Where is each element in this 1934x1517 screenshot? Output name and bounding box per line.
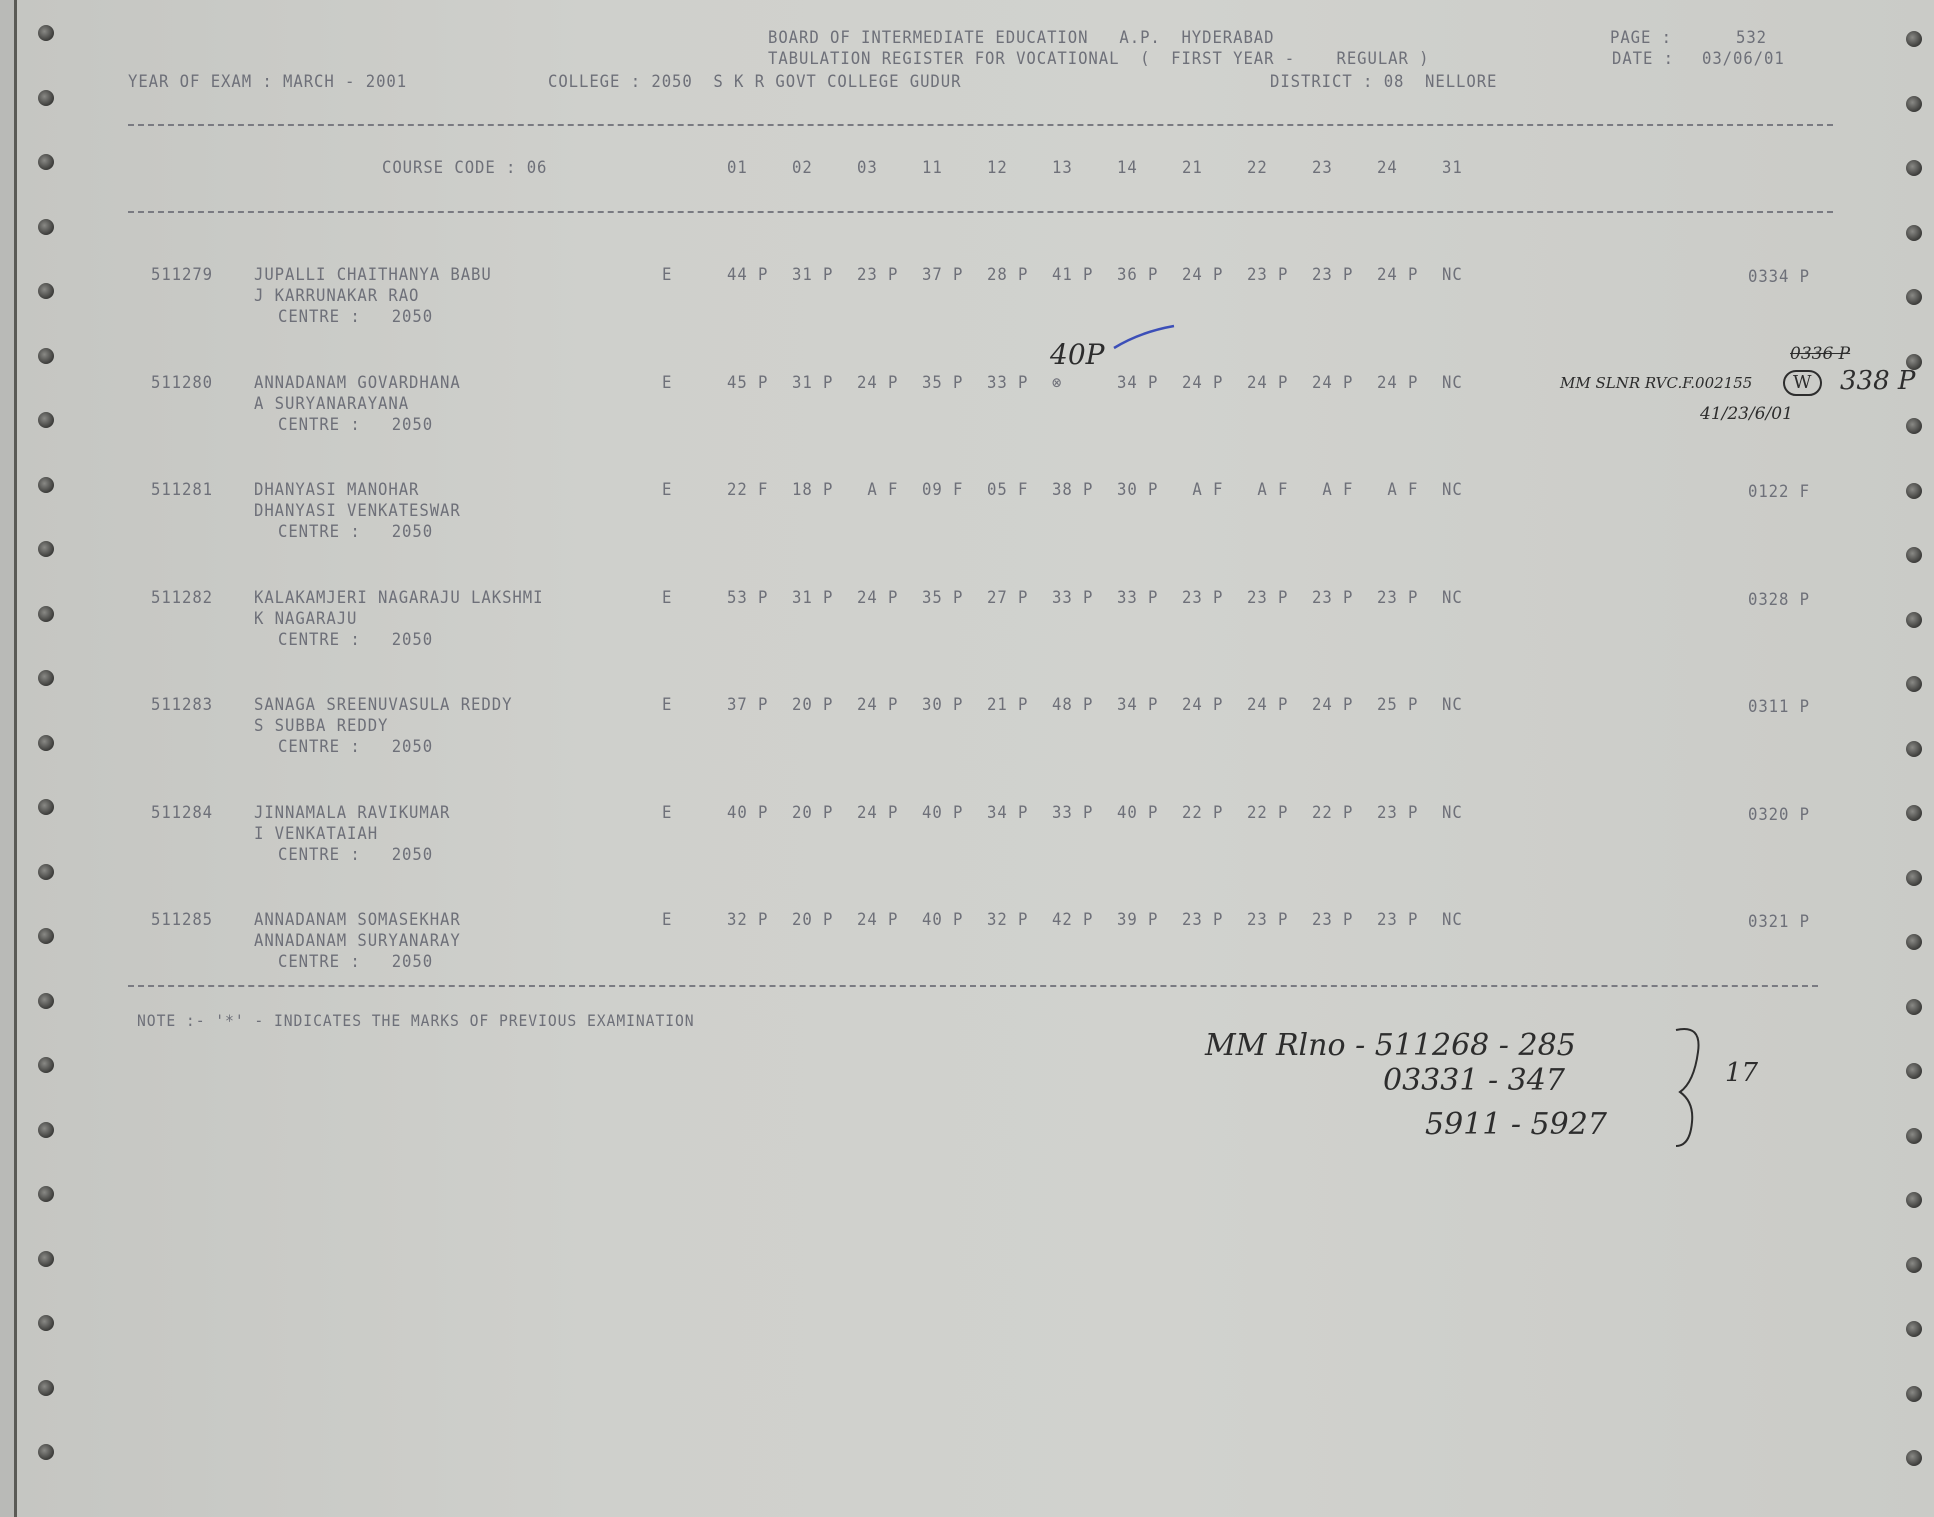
subject-code: 14 — [1117, 158, 1138, 178]
tractor-hole — [1906, 547, 1922, 563]
subject-code: 22 — [1247, 158, 1268, 178]
subject-mark: 35 P — [922, 588, 963, 608]
subject-mark: NC — [1442, 910, 1463, 930]
tractor-hole — [38, 1444, 54, 1460]
course-code: COURSE CODE : 06 — [382, 158, 547, 178]
exam-centre: CENTRE : 2050 — [278, 630, 433, 650]
subject-mark: 48 P — [1052, 695, 1093, 715]
subject-mark: 40 P — [727, 803, 768, 823]
subject-mark: NC — [1442, 373, 1463, 393]
page-label: PAGE : — [1610, 28, 1672, 48]
student-name: SANAGA SREENUVASULA REDDY — [254, 695, 512, 715]
tractor-hole — [38, 864, 54, 880]
subject-code: 11 — [922, 158, 943, 178]
tractor-hole — [38, 606, 54, 622]
roll-number: 511281 — [151, 480, 213, 500]
subject-mark: 23 P — [857, 265, 898, 285]
tractor-hole — [38, 1186, 54, 1202]
student-name: JINNAMALA RAVIKUMAR — [254, 803, 450, 823]
parent-name: I VENKATAIAH — [254, 824, 378, 844]
tractor-hole — [38, 799, 54, 815]
subject-mark: 24 P — [857, 373, 898, 393]
subject-mark: 33 P — [1117, 588, 1158, 608]
subject-mark: 22 P — [1312, 803, 1353, 823]
tractor-hole — [38, 90, 54, 106]
subject-mark: 21 P — [987, 695, 1028, 715]
subject-mark: A F — [1377, 480, 1418, 500]
tractor-hole — [1906, 483, 1922, 499]
paper-edge — [14, 0, 17, 1517]
subject-mark: 37 P — [727, 695, 768, 715]
roll-number: 511280 — [151, 373, 213, 393]
summary-line-3: 5911 - 5927 — [1425, 1107, 1607, 1142]
tractor-hole — [38, 670, 54, 686]
parent-name: ANNADANAM SURYANARAY — [254, 931, 461, 951]
subject-mark: 18 P — [792, 480, 833, 500]
subject-mark: 35 P — [922, 373, 963, 393]
date-value: 03/06/01 — [1702, 49, 1785, 69]
tractor-hole — [1906, 612, 1922, 628]
tractor-hole — [1906, 805, 1922, 821]
subject-code: 01 — [727, 158, 748, 178]
roll-number: 511283 — [151, 695, 213, 715]
subject-mark: 23 P — [1182, 588, 1223, 608]
withheld-circle: W — [1783, 370, 1822, 396]
subject-code: 03 — [857, 158, 878, 178]
tractor-hole — [1906, 934, 1922, 950]
subject-code: 23 — [1312, 158, 1333, 178]
subject-mark: 22 F — [727, 480, 768, 500]
tractor-hole — [38, 348, 54, 364]
subject-mark: A F — [1312, 480, 1353, 500]
tractor-hole — [1906, 160, 1922, 176]
subject-mark: ⊗ — [1052, 373, 1062, 393]
subject-mark: 24 P — [1377, 265, 1418, 285]
handwritten-correction: 40P — [1050, 338, 1104, 371]
revised-total: 338 P — [1840, 366, 1915, 396]
subject-mark: 24 P — [1182, 695, 1223, 715]
column-header-divider — [128, 211, 1833, 213]
subject-mark: 05 F — [987, 480, 1028, 500]
tractor-hole — [1906, 418, 1922, 434]
roll-number: 511284 — [151, 803, 213, 823]
summary-line-1: MM Rlno - 511268 - 285 — [1205, 1028, 1576, 1063]
subject-mark: A F — [1182, 480, 1223, 500]
subject-mark: 45 P — [727, 373, 768, 393]
tractor-hole — [38, 1315, 54, 1331]
subject-code: 12 — [987, 158, 1008, 178]
student-name: DHANYASI MANOHAR — [254, 480, 419, 500]
subject-mark: 23 P — [1182, 910, 1223, 930]
tractor-hole — [1906, 741, 1922, 757]
subject-mark: 36 P — [1117, 265, 1158, 285]
year-of-exam: YEAR OF EXAM : MARCH - 2001 — [128, 72, 407, 92]
subject-code: 13 — [1052, 158, 1073, 178]
total-result: 0334 P — [1748, 267, 1810, 287]
tractor-hole — [1906, 289, 1922, 305]
subject-code: 31 — [1442, 158, 1463, 178]
subject-mark: NC — [1442, 480, 1463, 500]
total-result: 0328 P — [1748, 590, 1810, 610]
student-name: KALAKAMJERI NAGARAJU LAKSHMI — [254, 588, 543, 608]
tractor-hole — [38, 412, 54, 428]
subject-mark: 24 P — [1312, 695, 1353, 715]
subject-mark: 40 P — [922, 803, 963, 823]
student-name: ANNADANAM GOVARDHANA — [254, 373, 461, 393]
tractor-hole — [38, 1122, 54, 1138]
total-result: 0122 F — [1748, 482, 1810, 502]
exam-centre: CENTRE : 2050 — [278, 737, 433, 757]
parent-name: DHANYASI VENKATESWAR — [254, 501, 461, 521]
tractor-hole — [1906, 870, 1922, 886]
footer-divider — [128, 985, 1818, 987]
tractor-hole — [1906, 1257, 1922, 1273]
tractor-hole — [1906, 1128, 1922, 1144]
struck-total: 0336 P — [1790, 344, 1850, 364]
tractor-hole — [1906, 999, 1922, 1015]
total-result: 0311 P — [1748, 697, 1810, 717]
handwritten-revision-ref: MM SLNR RVC.F.002155 — [1560, 374, 1752, 392]
medium: E — [662, 588, 672, 608]
tractor-hole — [38, 1380, 54, 1396]
blue-tick-mark — [1110, 322, 1180, 352]
tractor-hole — [38, 735, 54, 751]
subject-mark: 34 P — [987, 803, 1028, 823]
tractor-hole — [1906, 225, 1922, 241]
tractor-hole — [38, 154, 54, 170]
tractor-hole — [38, 928, 54, 944]
medium: E — [662, 910, 672, 930]
subject-mark: 20 P — [792, 803, 833, 823]
parent-name: S SUBBA REDDY — [254, 716, 388, 736]
date-label: DATE : — [1612, 49, 1674, 69]
subject-mark: 24 P — [857, 588, 898, 608]
subject-mark: 27 P — [987, 588, 1028, 608]
subject-mark: 30 P — [1117, 480, 1158, 500]
header-divider — [128, 124, 1833, 126]
tractor-hole — [1906, 31, 1922, 47]
subject-mark: 23 P — [1312, 910, 1353, 930]
subject-mark: 23 P — [1312, 588, 1353, 608]
subject-mark: 23 P — [1247, 910, 1288, 930]
tractor-hole — [1906, 1450, 1922, 1466]
subject-mark: NC — [1442, 803, 1463, 823]
tractor-hole — [1906, 1063, 1922, 1079]
subject-mark: 34 P — [1117, 373, 1158, 393]
subject-mark: 24 P — [1377, 373, 1418, 393]
parent-name: K NAGARAJU — [254, 609, 357, 629]
tractor-hole — [1906, 1386, 1922, 1402]
summary-line-2: 03331 - 347 — [1383, 1063, 1565, 1098]
subject-mark: 33 P — [1052, 588, 1093, 608]
footnote: NOTE :- '*' - INDICATES THE MARKS OF PRE… — [137, 1011, 695, 1030]
summary-brace — [1672, 1022, 1722, 1152]
subject-mark: NC — [1442, 695, 1463, 715]
subject-mark: 20 P — [792, 910, 833, 930]
tabulation-sheet — [16, 0, 1934, 1517]
subject-mark: 24 P — [1247, 373, 1288, 393]
subject-mark: 23 P — [1247, 588, 1288, 608]
subject-mark: NC — [1442, 265, 1463, 285]
roll-number: 511279 — [151, 265, 213, 285]
handwritten-signature-date: 41/23/6/01 — [1700, 404, 1793, 424]
subject-mark: 24 P — [857, 803, 898, 823]
subject-mark: 53 P — [727, 588, 768, 608]
subject-mark: 39 P — [1117, 910, 1158, 930]
subject-mark: 28 P — [987, 265, 1028, 285]
subject-code: 02 — [792, 158, 813, 178]
subject-code: 21 — [1182, 158, 1203, 178]
tractor-hole — [1906, 676, 1922, 692]
subject-mark: 23 P — [1312, 265, 1353, 285]
medium: E — [662, 480, 672, 500]
subject-mark: 24 P — [1182, 265, 1223, 285]
roll-number: 511282 — [151, 588, 213, 608]
tractor-hole — [1906, 1321, 1922, 1337]
tractor-hole — [1906, 1192, 1922, 1208]
tractor-hole — [38, 541, 54, 557]
board-title: BOARD OF INTERMEDIATE EDUCATION A.P. HYD… — [768, 28, 1274, 48]
medium: E — [662, 803, 672, 823]
parent-name: A SURYANARAYANA — [254, 394, 409, 414]
student-name: ANNADANAM SOMASEKHAR — [254, 910, 461, 930]
subject-mark: 30 P — [922, 695, 963, 715]
subject-mark: 33 P — [1052, 803, 1093, 823]
subject-mark: 24 P — [857, 695, 898, 715]
tractor-hole — [38, 219, 54, 235]
exam-centre: CENTRE : 2050 — [278, 522, 433, 542]
parent-name: J KARRUNAKAR RAO — [254, 286, 419, 306]
total-result: 0321 P — [1748, 912, 1810, 932]
subject-mark: 42 P — [1052, 910, 1093, 930]
tractor-hole — [38, 25, 54, 41]
subject-mark: 41 P — [1052, 265, 1093, 285]
subject-mark: 20 P — [792, 695, 833, 715]
exam-centre: CENTRE : 2050 — [278, 952, 433, 972]
subject-mark: 31 P — [792, 373, 833, 393]
subject-mark: 23 P — [1377, 588, 1418, 608]
register-title: TABULATION REGISTER FOR VOCATIONAL ( FIR… — [768, 49, 1430, 69]
subject-mark: 32 P — [727, 910, 768, 930]
subject-mark: 22 P — [1182, 803, 1223, 823]
tractor-hole — [38, 283, 54, 299]
medium: E — [662, 373, 672, 393]
subject-mark: 33 P — [987, 373, 1028, 393]
medium: E — [662, 265, 672, 285]
subject-mark: 09 F — [922, 480, 963, 500]
subject-mark: 25 P — [1377, 695, 1418, 715]
subject-mark: 22 P — [1247, 803, 1288, 823]
subject-code: 24 — [1377, 158, 1398, 178]
medium: E — [662, 695, 672, 715]
student-name: JUPALLI CHAITHANYA BABU — [254, 265, 492, 285]
subject-mark: 24 P — [1182, 373, 1223, 393]
subject-mark: 23 P — [1377, 803, 1418, 823]
subject-mark: 40 P — [1117, 803, 1158, 823]
subject-mark: A F — [857, 480, 898, 500]
subject-mark: 31 P — [792, 265, 833, 285]
subject-mark: 44 P — [727, 265, 768, 285]
exam-centre: CENTRE : 2050 — [278, 415, 433, 435]
subject-mark: 31 P — [792, 588, 833, 608]
subject-mark: 32 P — [987, 910, 1028, 930]
tractor-hole — [38, 1057, 54, 1073]
district-info: DISTRICT : 08 NELLORE — [1270, 72, 1497, 92]
college-info: COLLEGE : 2050 S K R GOVT COLLEGE GUDUR — [548, 72, 961, 92]
summary-count: 17 — [1725, 1058, 1758, 1088]
total-result: 0320 P — [1748, 805, 1810, 825]
tractor-hole — [38, 477, 54, 493]
tractor-hole — [1906, 96, 1922, 112]
subject-mark: 24 P — [1312, 373, 1353, 393]
subject-mark: 23 P — [1377, 910, 1418, 930]
subject-mark: A F — [1247, 480, 1288, 500]
subject-mark: 24 P — [857, 910, 898, 930]
subject-mark: 40 P — [922, 910, 963, 930]
page-number: 532 — [1736, 28, 1767, 48]
exam-centre: CENTRE : 2050 — [278, 845, 433, 865]
exam-centre: CENTRE : 2050 — [278, 307, 433, 327]
tractor-hole — [38, 1251, 54, 1267]
subject-mark: 37 P — [922, 265, 963, 285]
roll-number: 511285 — [151, 910, 213, 930]
subject-mark: 23 P — [1247, 265, 1288, 285]
subject-mark: 24 P — [1247, 695, 1288, 715]
subject-mark: 34 P — [1117, 695, 1158, 715]
tractor-hole — [38, 993, 54, 1009]
subject-mark: 38 P — [1052, 480, 1093, 500]
subject-mark: NC — [1442, 588, 1463, 608]
